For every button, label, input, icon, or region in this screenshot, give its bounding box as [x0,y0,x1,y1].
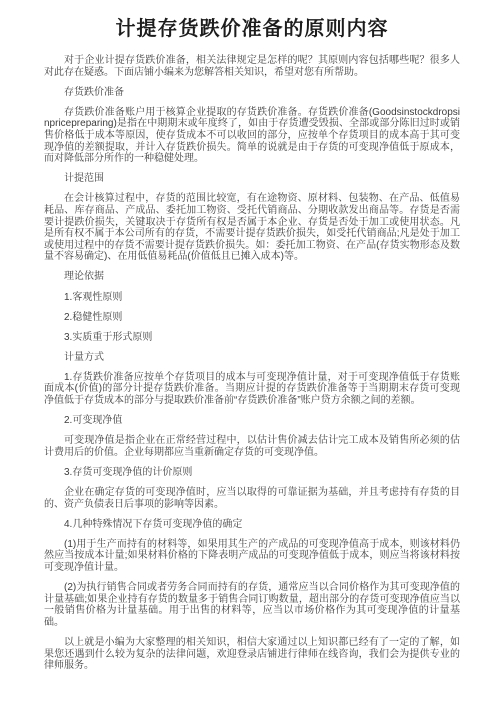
section-heading: 计量方式 [44,352,460,364]
paragraph: (1)用于生产而持有的材料等，如果用其生产的产成品的可变现净值高于成本，则该材料… [44,539,460,574]
intro-paragraph: 对于企业计提存货跌价准备，相关法律规定是怎样的呢？其原则内容包括哪些呢？很多人对… [44,55,460,78]
paragraph: (2)为执行销售合同或者劳务合同而持有的存货，通常应当以合同价格作为其可变现净值… [44,582,460,628]
list-item-principle: 1.客观性原则 [44,292,460,304]
sub-heading: 3.存货可变现净值的计价原则 [44,467,460,479]
closing-paragraph: 以上就是小编为大家整理的相关知识，相信大家通过以上知识都已经有了一定的了解，如果… [44,637,460,672]
page-title: 计提存货跌价准备的原则内容 [44,17,460,42]
sub-heading: 2.可变现净值 [44,415,460,427]
sub-heading: 4.几种特殊情况下存货可变现净值的确定 [44,519,460,531]
paragraph: 1.存货跌价准备应按单个存货项目的成本与可变现净值计量，对于可变现净值低于存货账… [44,372,460,407]
list-item-principle: 2.稳健性原则 [44,312,460,324]
section-heading: 存货跌价准备 [44,87,460,99]
article-body: 对于企业计提存货跌价准备，相关法律规定是怎样的呢？其原则内容包括哪些呢？很多人对… [44,55,460,672]
paragraph: 在会计核算过程中，存货的范围比较宽，有在途物资、原材料、包装物、在产品、低值易耗… [44,193,460,263]
list-item-principle: 3.实质重于形式原则 [44,332,460,344]
document-page: 计提存货跌价准备的原则内容 对于企业计提存货跌价准备，相关法律规定是怎样的呢？其… [0,0,504,713]
paragraph: 存货跌价准备账户用于核算企业提取的存货跌价准备。存货跌价准备(Goodsinst… [44,107,460,165]
paragraph: 企业在确定存货的可变现净值时，应当以取得的可靠证据为基础，并且考虑持有存货的目的… [44,487,460,510]
section-heading: 计提范围 [44,173,460,185]
section-heading: 理论依据 [44,271,460,283]
paragraph: 可变现净值是指企业在正常经营过程中，以估计售价减去估计完工成本及销售所必须的估计… [44,435,460,458]
